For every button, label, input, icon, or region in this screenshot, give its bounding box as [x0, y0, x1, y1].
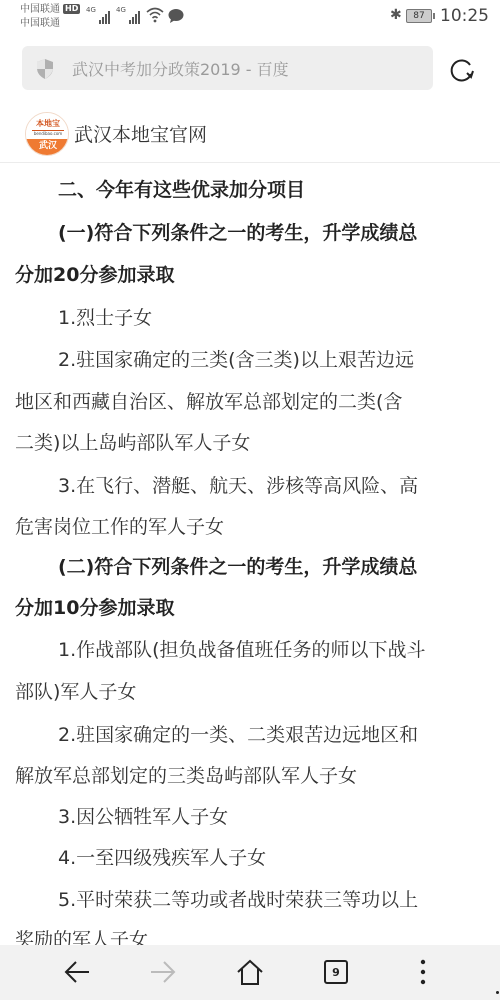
home-button[interactable]	[235, 957, 265, 987]
tab-count: 9	[324, 960, 348, 984]
list-item-cont: 部队)军人子女	[15, 678, 136, 706]
battery-tip	[433, 13, 435, 19]
bottom-nav: 9	[0, 945, 500, 1000]
logo-subtext: bendibao.com	[32, 130, 64, 136]
bluetooth-icon: ✱	[390, 7, 402, 23]
list-item-cont: 二类)以上岛屿部队军人子女	[15, 429, 250, 457]
list-item-cont: 危害岗位工作的军人子女	[15, 513, 224, 541]
subsection-heading: (二)符合下列条件之一的考生，升学成绩总	[58, 553, 417, 581]
status-bar: 中国联通HD 中国联通 4G 4G ✱ 87 10:25	[0, 0, 500, 40]
subsection-heading-cont: 分加10分参加录取	[15, 594, 174, 622]
back-button[interactable]	[62, 957, 92, 987]
url-bar[interactable]: 武汉中考加分政策2019 - 百度	[22, 46, 433, 90]
site-name[interactable]: 武汉本地宝官网	[74, 120, 207, 147]
forward-arrow-icon	[149, 960, 177, 984]
carrier-2: 中国联通	[20, 18, 60, 30]
home-icon	[235, 958, 265, 986]
list-item: 2.驻国家确定的一类、二类艰苦边远地区和	[58, 721, 418, 749]
wifi-icon	[146, 7, 164, 23]
list-item: 5.平时荣获二等功或者战时荣获三等功以上	[58, 886, 418, 914]
list-item: 4.一至四级残疾军人子女	[58, 844, 266, 872]
list-item: 1.作战部队(担负战备值班任务的师以下战斗	[58, 636, 426, 664]
section-heading: 二、今年有这些优录加分项目	[58, 176, 305, 204]
clock: 10:25	[440, 6, 489, 26]
hd-badge: HD	[63, 4, 80, 14]
list-item: 3.因公牺牲军人子女	[58, 803, 228, 831]
forward-button[interactable]	[148, 957, 178, 987]
refresh-icon[interactable]	[448, 56, 476, 84]
logo-city: 武汉	[26, 139, 69, 156]
list-item: 2.驻国家确定的三类(含三类)以上艰苦边远	[58, 346, 414, 374]
carrier-1: 中国联通HD	[20, 4, 80, 16]
battery-icon: 87	[406, 9, 432, 23]
carrier-1-name: 中国联通	[20, 4, 60, 15]
subsection-heading-cont: 分加20分参加录取	[15, 261, 174, 289]
menu-button[interactable]	[408, 957, 438, 987]
url-text[interactable]: 武汉中考加分政策2019 - 百度	[72, 57, 289, 80]
list-item: 1.烈士子女	[58, 304, 152, 332]
indicator-dot	[496, 991, 499, 994]
subsection-heading: (一)符合下列条件之一的考生，升学成绩总	[58, 219, 417, 247]
message-icon	[168, 8, 184, 23]
list-item-cont: 解放军总部划定的三类岛屿部队军人子女	[15, 762, 357, 790]
shield-icon	[35, 58, 55, 80]
list-item: 3.在飞行、潜艇、航天、涉核等高风险、高	[58, 472, 418, 500]
more-vertical-icon	[419, 959, 427, 985]
logo-text: 本地宝	[26, 118, 69, 130]
list-item-cont: 地区和西藏自治区、解放军总部划定的二类(含	[15, 388, 402, 416]
site-header[interactable]: 本地宝 bendibao.com 武汉 武汉本地宝官网	[0, 100, 500, 163]
back-arrow-icon	[63, 960, 91, 984]
signal-icon: 4G	[116, 6, 140, 24]
signal-icon: 4G	[86, 6, 110, 24]
site-logo[interactable]: 本地宝 bendibao.com 武汉	[25, 112, 69, 156]
tabs-button[interactable]: 9	[321, 957, 351, 987]
